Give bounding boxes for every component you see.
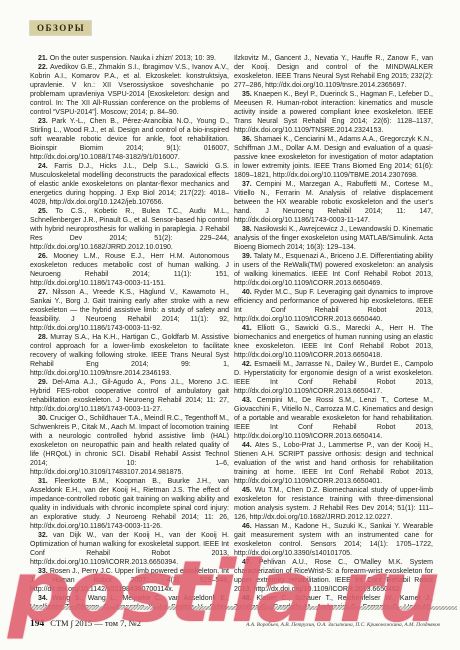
reference-item: 31. Fleerkotte B.M., Koopman B., Buurke …: [30, 477, 229, 531]
reference-item: 28. Murray S.A., Ha K.H., Hartigan C., G…: [30, 333, 229, 378]
references-column-left: 21. On the outer suspension. Nauka i zhi…: [30, 54, 229, 606]
reference-item: 33. Rosen J., Perry J.C. Upper limb powe…: [30, 567, 229, 594]
reference-item: 34. Wang S., Wang L., Meijneke C., van A…: [30, 594, 229, 606]
reference-item: 29. Del-Ama A.J., Gil-Agudo A., Pons J.L…: [30, 378, 229, 414]
reference-item: 26. Mooney L.M., Rouse E.J., Herr H.M. A…: [30, 252, 229, 288]
reference-item: 24. Farris D.J., Hicks J.L., Delp S.L., …: [30, 162, 229, 207]
references-column-right: Ilzkovitz M., Gancent J., Nevatia Y., Ha…: [234, 54, 433, 606]
reference-item: 37. Cempini M., Marzegan A., Rabuffetti …: [234, 180, 433, 225]
reference-item: 35. Knaepen K., Beyl P., Duerinck S., Ha…: [234, 90, 433, 135]
reference-item: 42. Esmaeili M., Jarrasse N., Dailey W.,…: [234, 360, 433, 396]
reference-number: 27.: [38, 289, 52, 296]
reference-number: 23.: [38, 118, 52, 125]
reference-number: 40.: [242, 289, 254, 296]
page-footer: 194СТМ ∫ 2015 — том 7, №2 А.А. Воробьев,…: [30, 613, 440, 631]
reference-number: 46.: [242, 523, 255, 530]
reference-number: 34.: [38, 595, 52, 602]
journal-page: ОБЗОРЫ 21. On the outer suspension. Nauk…: [0, 0, 460, 650]
reference-number: 21.: [38, 55, 50, 62]
reference-item: 23. Park Y.-L., Chen B., Pérez-Arancibia…: [30, 117, 229, 162]
reference-number: 30.: [38, 415, 50, 422]
reference-number: 43.: [242, 397, 257, 404]
reference-number: 39.: [242, 253, 254, 260]
section-label: ОБЗОРЫ: [30, 21, 91, 35]
reference-number: 37.: [242, 181, 256, 188]
reference-number: 47.: [242, 559, 259, 566]
reference-number: 24.: [38, 163, 54, 170]
reference-item: 40. Ryder M.C., Sup F. Leveraging gait d…: [234, 288, 433, 324]
footer-authors: А.А. Воробьев, А.В. Петрухин, О.А. Засып…: [246, 622, 440, 628]
reference-number: 22.: [38, 64, 50, 71]
reference-item: 44. Ates S., Lobo-Prat J., Lammertse P.,…: [234, 441, 433, 486]
reference-number: 29.: [38, 379, 52, 386]
reference-number: 31.: [38, 478, 55, 485]
reference-item: 38. Nasiłowski K., Awrejcewicz J., Lewan…: [234, 225, 433, 252]
journal-issue-label: СТМ ∫ 2015 — том 7, №2: [50, 618, 141, 628]
reference-number: 45.: [242, 487, 255, 494]
reference-number: 28.: [38, 334, 50, 341]
footer-divider: [30, 606, 457, 610]
reference-item: 32. van Dijk W., van der Kooij H., van d…: [30, 531, 229, 567]
reference-number: 26.: [38, 253, 53, 260]
reference-item: 43. Cempini M., De Rossi S.M., Lenzi T.,…: [234, 396, 433, 441]
reference-item: Ilzkovitz M., Gancent J., Nevatia Y., Ha…: [234, 54, 433, 90]
reference-number: 38.: [242, 226, 254, 233]
reference-item: 21. On the outer suspension. Nauka i zhi…: [30, 54, 229, 63]
page-number: 194: [30, 619, 44, 629]
reference-number: 32.: [38, 532, 53, 539]
reference-item: 27. Nilsson A., Vreede K.S., Häglund V.,…: [30, 288, 229, 333]
reference-number: 44.: [242, 442, 255, 449]
reference-number: 33.: [38, 568, 50, 575]
reference-item: 39. Talaty M., Esquenazi A., Briceno J.E…: [234, 252, 433, 288]
reference-item: 48. Klauer C., Schauer T., Reichenfelser…: [234, 594, 433, 606]
reference-number: 41.: [242, 325, 257, 332]
footer-left: 194СТМ ∫ 2015 — том 7, №2: [30, 613, 141, 631]
reference-number: 35.: [242, 91, 254, 98]
reference-item: 45. Wu T.M., Chen D.Z. Biomechanical stu…: [234, 486, 433, 522]
reference-number: 42.: [242, 361, 254, 368]
reference-item: 47. Pehlivan A.U., Rose C., O’Malley M.K…: [234, 558, 433, 594]
reference-number: 36.: [242, 136, 254, 143]
reference-number: 48.: [242, 595, 256, 602]
reference-item: 36. Shamaei K., Cenciarini M., Adams A.A…: [234, 135, 433, 180]
reference-number: 25.: [38, 208, 56, 215]
reference-item: 22. Avedikov G.E., Zhmakin S.I., Ibragim…: [30, 63, 229, 117]
reference-item: 25. To C.S., Kobetic R., Bulea T.C., Aud…: [30, 207, 229, 252]
reference-item: 46. Hassan M., Kadone H., Suzuki K., San…: [234, 522, 433, 558]
reference-item: 41. Elliott G., Sawicki G.S., Marecki A.…: [234, 324, 433, 360]
reference-item: 30. Cruciger O., Schildhauer T.A., Meind…: [30, 414, 229, 477]
